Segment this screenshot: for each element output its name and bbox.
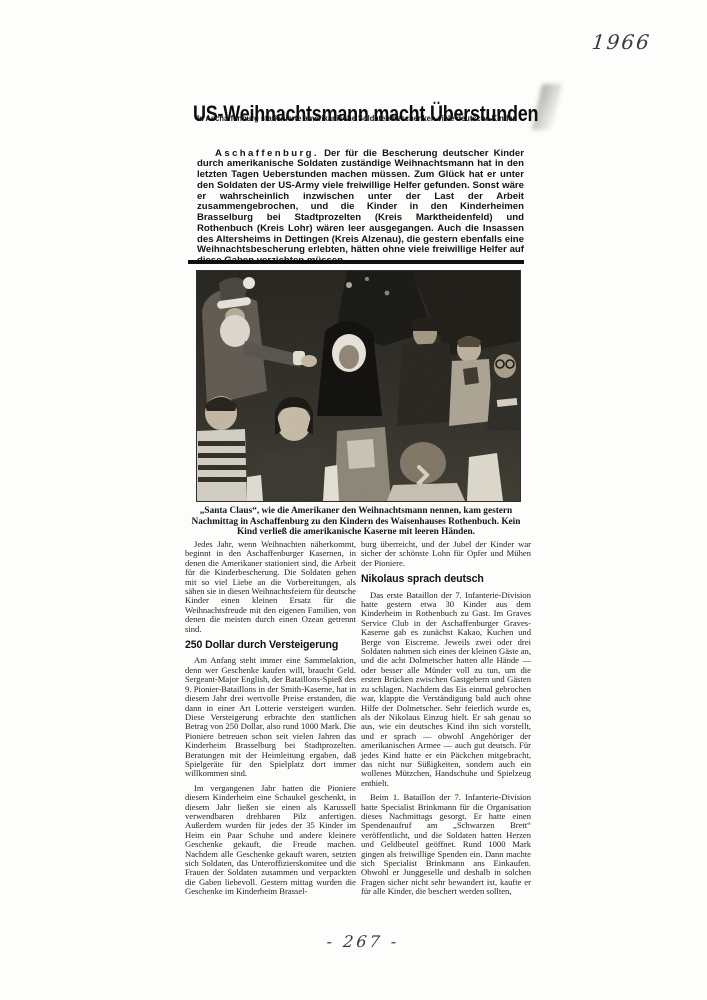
lead-paragraph: Aschaffenburg. Der für die Bescherung de… (197, 149, 524, 267)
paragraph: Jedes Jahr, wenn Weihnachten näherkommt,… (185, 540, 356, 634)
paragraph: Das erste Bataillon der 7. Infanterie-Di… (361, 591, 531, 789)
paragraph: Beim 1. Bataillon der 7. Infanterie-Divi… (361, 793, 531, 896)
section-heading-versteigerung: 250 Dollar durch Versteigerung (185, 641, 349, 650)
section-heading-nikolaus: Nikolaus sprach deutsch (361, 575, 524, 584)
article-photo (197, 271, 520, 501)
film-grain-overlay (197, 271, 520, 501)
paragraph: Am Anfang steht immer eine Sammelaktion,… (185, 656, 356, 778)
article-column-right: burg überreicht, und der Jubel der Kinde… (361, 540, 531, 902)
scanned-newspaper-page: 1966 US-Weihnachtsmann macht Überstunden… (0, 0, 707, 1000)
photo-caption: „Santa Claus“, wie die Amerikaner den We… (186, 506, 526, 538)
dateline: Aschaffenburg. (215, 148, 319, 159)
horizontal-rule (188, 260, 524, 264)
lead-text: Der für die Bescherung deutscher Kinder … (197, 148, 524, 267)
paragraph: Im vergangenen Jahr hatten die Pioniere … (185, 784, 356, 897)
article-subheadline: In Aschaffenburg stationierte amerikanis… (197, 113, 526, 123)
photo-illustration (197, 271, 520, 501)
handwritten-page-number: - 267 - (297, 932, 429, 951)
handwritten-year: 1966 (591, 30, 652, 54)
paragraph-continuation: burg überreicht, und der Jubel der Kinde… (361, 540, 531, 568)
article-column-left: Jedes Jahr, wenn Weihnachten näherkommt,… (185, 540, 356, 902)
